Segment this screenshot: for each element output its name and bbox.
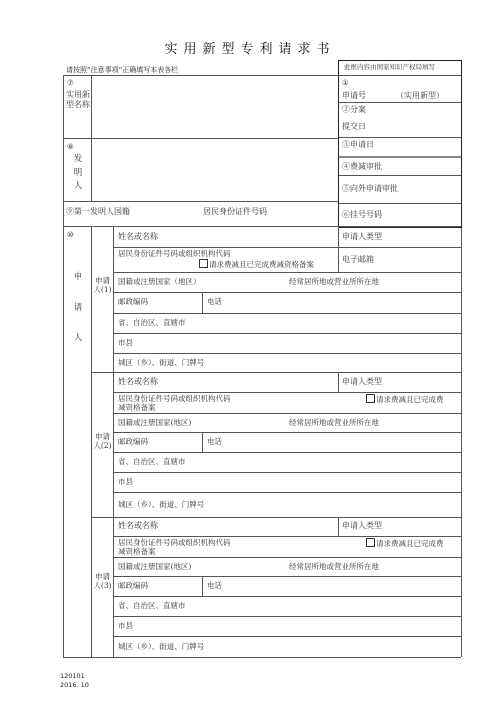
applicant-2-city-label: 市县 xyxy=(118,477,133,486)
applicant-1-residence-label: 经常居所地或营业所所在地 xyxy=(289,277,379,286)
application-type-label: （实用新型） xyxy=(396,91,444,101)
applicant-3-type-label: 申请人类型 xyxy=(342,521,382,531)
row-divider xyxy=(339,156,461,158)
division-label: ②分案 xyxy=(342,105,366,115)
foreign-filing-label: ⑤向外申请审批 xyxy=(342,184,398,194)
applicant-sub-column-divider xyxy=(113,226,114,657)
row-divider xyxy=(113,333,461,334)
inventor-label: 发明人 xyxy=(72,153,84,194)
row-divider xyxy=(113,492,461,493)
applicant-2-id-label: 居民身份证件号码或组织机构代码 xyxy=(118,394,231,403)
row-divider xyxy=(113,576,461,577)
fee-reduction-label: ④费减审批 xyxy=(342,162,382,172)
resident-id-label: 居民身份证件号码 xyxy=(203,207,267,217)
applicant-column-divider xyxy=(91,226,92,657)
applicant-3-id-label: 居民身份证件号码或组织机构代码 xyxy=(118,538,231,547)
applicant-2-postcode-label: 邮政编码 xyxy=(118,437,148,446)
applicant-divider xyxy=(91,372,461,373)
row-divider xyxy=(63,201,338,202)
applicant-3-fee-checkbox-cont: 减资格备案 xyxy=(118,547,156,556)
form-version: 2016. 10 xyxy=(60,681,89,689)
applicant-1-street-label: 城区（乡）、街道、门牌号 xyxy=(118,358,204,367)
filing-date-label: ③申请日 xyxy=(342,140,374,150)
office-box-header: 此框内容由国家知识产权局填写 xyxy=(344,64,435,72)
table-right-border xyxy=(461,226,462,657)
fee-checkbox-label: 请求费减且已完成费 xyxy=(376,539,444,548)
form-code: 120101 xyxy=(60,672,85,680)
first-inventor-nationality-label: ⑨第一发明人国籍 xyxy=(66,207,130,217)
applicant-1-nationality-label: 国籍或注册国家（地区） xyxy=(118,277,201,286)
applicant-3-label: 申请人(3) xyxy=(93,572,112,591)
applicant-2-street-label: 城区（乡）、街道、门牌号 xyxy=(118,500,204,509)
row-divider xyxy=(113,247,461,248)
row-divider xyxy=(113,557,461,558)
instruction-text: 请按照“注意事项”正确填写本表各栏 xyxy=(66,65,178,75)
applicant-number: ⑩ xyxy=(67,230,74,239)
column-divider xyxy=(338,372,339,392)
applicant-1-type-label: 申请人类型 xyxy=(342,232,382,242)
utility-model-name-label: 实用新型名称 xyxy=(66,90,90,110)
row-divider xyxy=(113,596,461,597)
applicant-3-phone-label: 电话 xyxy=(207,581,222,590)
applicant-1-label: 申请人(1) xyxy=(93,276,112,295)
applicant-1-postcode-label: 邮政编码 xyxy=(118,297,148,306)
field-1-number: ① xyxy=(342,78,349,87)
applicant-2-fee-checkbox-cont: 减资格备案 xyxy=(118,403,156,412)
row-divider xyxy=(339,137,461,138)
inventor-field[interactable] xyxy=(92,139,337,200)
inventor-number: ⑧ xyxy=(67,142,74,151)
column-divider xyxy=(202,432,203,452)
checkbox-icon[interactable] xyxy=(366,394,375,403)
fee-checkbox-label: 请求费减且已完成费 xyxy=(376,395,444,404)
checkbox-icon[interactable] xyxy=(199,259,208,268)
row-divider xyxy=(339,203,461,204)
application-number-label: 申请号 xyxy=(342,91,366,101)
applicant-2-province-label: 省、自治区、直辖市 xyxy=(118,457,186,466)
applicant-3-name-label: 姓名或名称 xyxy=(118,521,158,531)
applicant-1-name-label: 姓名或名称 xyxy=(118,232,158,242)
applicant-1-fee-reduction-checkbox[interactable]: 请求费减且已完成费减资格备案 xyxy=(199,259,314,269)
row-divider xyxy=(339,102,461,103)
applicant-2-fee-reduction-checkbox[interactable]: 请求费减且已完成费 xyxy=(366,394,444,404)
applicant-3-postcode-label: 邮政编码 xyxy=(118,581,148,590)
utility-model-name-field[interactable] xyxy=(92,76,337,137)
utility-model-name-number: ⑦ xyxy=(67,78,74,87)
row-divider xyxy=(113,616,461,617)
applicant-divider xyxy=(91,517,461,518)
applicant-2-name-label: 姓名或名称 xyxy=(118,377,158,387)
table-bottom-border xyxy=(63,657,461,658)
row-divider xyxy=(113,452,461,453)
fee-checkbox-label: 请求费减且已完成费减资格备案 xyxy=(209,260,314,269)
row-divider xyxy=(339,75,461,76)
row-divider xyxy=(113,292,461,293)
applicant-3-city-label: 市县 xyxy=(118,621,133,630)
row-divider xyxy=(113,353,461,354)
row-divider xyxy=(339,175,461,176)
applicant-1-province-label: 省、自治区、直辖市 xyxy=(118,318,186,327)
applicant-1-city-label: 市县 xyxy=(118,338,133,347)
applicant-1-id-label: 居民身份证件号码或组织机构代码 xyxy=(118,249,231,258)
row-divider xyxy=(113,472,461,473)
row-divider xyxy=(113,272,461,273)
submission-date-label: 提交日 xyxy=(342,122,366,132)
row-divider xyxy=(113,636,461,637)
applicant-3-residence-label: 经常居所地或营业所所在地 xyxy=(289,562,379,571)
column-divider xyxy=(202,576,203,596)
row-divider xyxy=(113,536,461,537)
row-divider xyxy=(113,392,461,393)
applicant-label: 申请人 xyxy=(72,262,84,354)
applicant-2-type-label: 申请人类型 xyxy=(342,377,382,387)
applicant-2-phone-label: 电话 xyxy=(207,437,222,446)
checkbox-icon[interactable] xyxy=(366,538,375,547)
column-divider xyxy=(338,517,339,536)
applicant-1-phone-label: 电话 xyxy=(207,297,222,306)
column-divider xyxy=(338,226,339,272)
page-title: 实用新型专利请求书 xyxy=(0,38,500,57)
applicant-2-nationality-label: 国籍或注册国家(地区) xyxy=(118,418,191,427)
applicant-3-nationality-label: 国籍或注册国家(地区) xyxy=(118,562,191,571)
table-left-border xyxy=(63,75,64,657)
applicant-3-province-label: 省、自治区、直辖市 xyxy=(118,601,186,610)
row-divider xyxy=(113,432,461,433)
applicant-3-fee-reduction-checkbox[interactable]: 请求费减且已完成费 xyxy=(366,538,444,548)
column-divider xyxy=(202,292,203,313)
applicant-3-street-label: 城区（乡）、街道、门牌号 xyxy=(118,642,204,651)
row-divider xyxy=(113,413,461,414)
applicant-2-label: 申请人(2) xyxy=(93,432,112,451)
applicant-2-residence-label: 经常居所地或营业所所在地 xyxy=(289,418,379,427)
registered-mail-label: ⑥挂号号码 xyxy=(342,210,382,220)
row-divider xyxy=(113,313,461,314)
applicant-1-email-label: 电子邮箱 xyxy=(342,255,374,265)
